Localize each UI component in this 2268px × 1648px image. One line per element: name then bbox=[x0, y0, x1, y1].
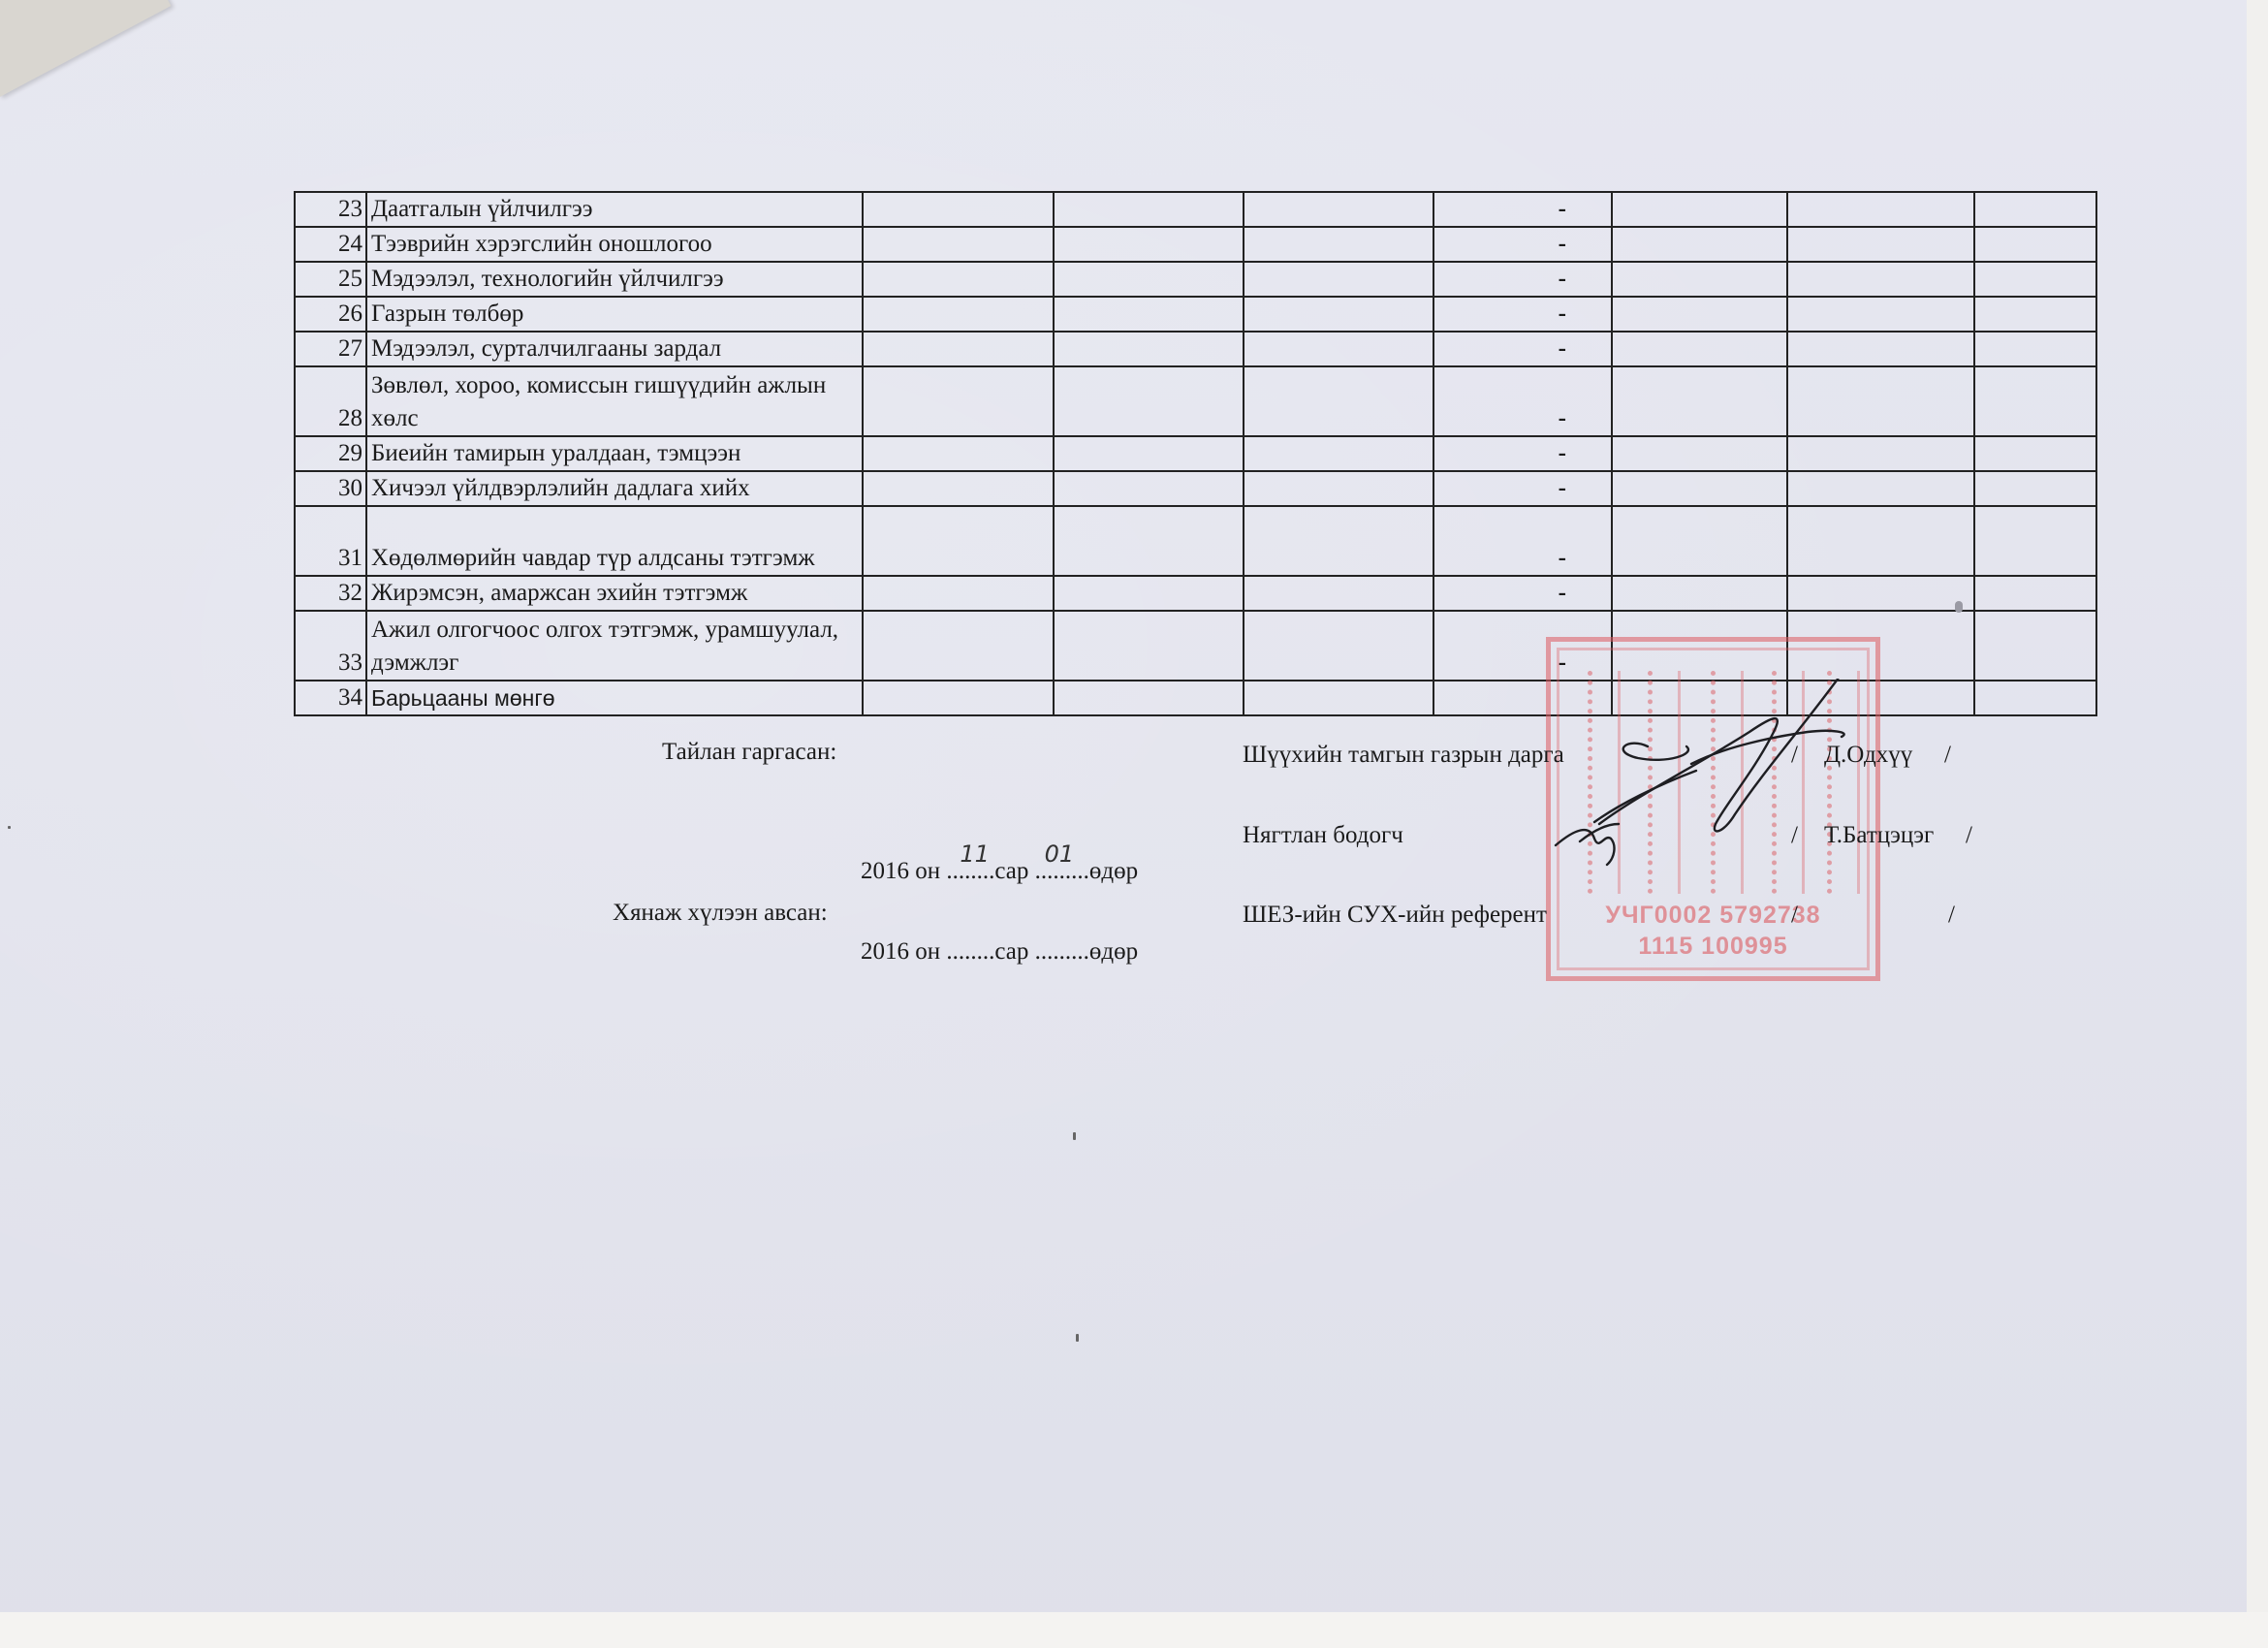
empty-cell bbox=[1244, 471, 1433, 506]
empty-cell bbox=[1054, 262, 1244, 297]
empty-cell bbox=[863, 192, 1054, 227]
empty-cell bbox=[1974, 471, 2096, 506]
row-value: - bbox=[1433, 227, 1612, 262]
empty-cell bbox=[1974, 506, 2096, 576]
empty-cell bbox=[1612, 366, 1787, 436]
empty-cell bbox=[1612, 506, 1787, 576]
scan-speck bbox=[1955, 601, 1963, 613]
empty-cell bbox=[1054, 506, 1244, 576]
scan-speck bbox=[1073, 1132, 1076, 1140]
empty-cell bbox=[1974, 332, 2096, 366]
empty-cell bbox=[1974, 366, 2096, 436]
empty-cell bbox=[1787, 576, 1974, 611]
signatory-slash-open-1: / bbox=[1791, 742, 1798, 769]
prepared-date: 2016 он ........ 11 сар ......... 01 өдө… bbox=[861, 858, 1138, 885]
empty-cell bbox=[863, 506, 1054, 576]
row-item-name: Зөвлөл, хороо, комиссын гишүүдийн ажлын … bbox=[366, 366, 863, 436]
stamp-script-column bbox=[1588, 671, 1621, 894]
row-value: - bbox=[1433, 297, 1612, 332]
stamp-script-column bbox=[1827, 671, 1860, 894]
signatory-slash-open-2: / bbox=[1791, 822, 1798, 849]
table-row: 26Газрын төлбөр- bbox=[295, 297, 2096, 332]
empty-cell bbox=[1974, 227, 2096, 262]
empty-cell bbox=[1787, 192, 1974, 227]
empty-cell bbox=[1244, 297, 1433, 332]
empty-cell bbox=[1974, 192, 2096, 227]
table-row: 31Хөдөлмөрийн чавдар түр алдсаны тэтгэмж… bbox=[295, 506, 2096, 576]
empty-cell bbox=[1054, 332, 1244, 366]
empty-cell bbox=[1612, 576, 1787, 611]
table-row: 29Биеийн тамирын уралдаан, тэмцээн- bbox=[295, 436, 2096, 471]
scan-margin-right bbox=[2247, 0, 2268, 1648]
received-by-label: Хянаж хүлээн авсан: bbox=[613, 900, 828, 927]
empty-cell bbox=[863, 262, 1054, 297]
prepared-date-day-label: өдөр bbox=[1089, 858, 1138, 884]
row-value: - bbox=[1433, 192, 1612, 227]
empty-cell bbox=[1244, 611, 1433, 681]
empty-cell bbox=[1054, 576, 1244, 611]
signatory-slash-close-3: / bbox=[1948, 902, 1955, 929]
empty-cell bbox=[1244, 576, 1433, 611]
empty-cell bbox=[1787, 227, 1974, 262]
row-item-name: Газрын төлбөр bbox=[366, 297, 863, 332]
table-row: 28Зөвлөл, хороо, комиссын гишүүдийн ажлы… bbox=[295, 366, 2096, 436]
signatory-name-2: Т.Батцэцэг bbox=[1824, 822, 1934, 849]
stamp-code-line2: 1115 100995 bbox=[1551, 933, 1875, 961]
row-number: 34 bbox=[295, 681, 366, 715]
empty-cell bbox=[863, 227, 1054, 262]
scan-speck bbox=[1076, 1334, 1079, 1342]
row-item-name: Хичээл үйлдвэрлэлийн дадлага хийх bbox=[366, 471, 863, 506]
row-value: - bbox=[1433, 262, 1612, 297]
empty-cell bbox=[863, 611, 1054, 681]
row-value: - bbox=[1433, 506, 1612, 576]
empty-cell bbox=[1244, 436, 1433, 471]
row-value: - bbox=[1433, 366, 1612, 436]
empty-cell bbox=[1612, 436, 1787, 471]
row-item-name: Тээврийн хэрэгслийн оношлогоо bbox=[366, 227, 863, 262]
stamp-script-column bbox=[1711, 671, 1744, 894]
row-number: 29 bbox=[295, 436, 366, 471]
empty-cell bbox=[1612, 471, 1787, 506]
empty-cell bbox=[1054, 681, 1244, 715]
empty-cell bbox=[1244, 227, 1433, 262]
received-date: 2016 он ........сар .........өдөр bbox=[861, 938, 1138, 966]
scan-speck bbox=[8, 826, 11, 829]
row-item-name: Ажил олгогчоос олгох тэтгэмж, урамшуулал… bbox=[366, 611, 863, 681]
row-number: 25 bbox=[295, 262, 366, 297]
empty-cell bbox=[1974, 576, 2096, 611]
official-stamp: УЧГ0002 5792738 1115 100995 bbox=[1546, 637, 1880, 981]
empty-cell bbox=[1054, 227, 1244, 262]
row-number: 27 bbox=[295, 332, 366, 366]
empty-cell bbox=[863, 471, 1054, 506]
stamp-script-column bbox=[1648, 671, 1681, 894]
empty-cell bbox=[1612, 227, 1787, 262]
signatory-title-2: Нягтлан бодогч bbox=[1243, 822, 1403, 849]
signatory-slash-close-1: / bbox=[1944, 742, 1951, 769]
empty-cell bbox=[1974, 262, 2096, 297]
empty-cell bbox=[1612, 332, 1787, 366]
empty-cell bbox=[1787, 436, 1974, 471]
row-item-name: Биеийн тамирын уралдаан, тэмцээн bbox=[366, 436, 863, 471]
stamp-code-line1: УЧГ0002 5792738 bbox=[1551, 902, 1875, 930]
empty-cell bbox=[1787, 366, 1974, 436]
empty-cell bbox=[1974, 611, 2096, 681]
table-row: 23Даатгалын үйлчилгээ- bbox=[295, 192, 2096, 227]
row-value: - bbox=[1433, 576, 1612, 611]
row-number: 23 bbox=[295, 192, 366, 227]
empty-cell bbox=[1612, 297, 1787, 332]
row-number: 28 bbox=[295, 366, 366, 436]
empty-cell bbox=[863, 576, 1054, 611]
row-number: 30 bbox=[295, 471, 366, 506]
empty-cell bbox=[1054, 471, 1244, 506]
empty-cell bbox=[1054, 297, 1244, 332]
signatory-name-1: Д.Одхүү bbox=[1824, 742, 1912, 769]
signatory-title-1: Шүүхийн тамгын газрын дарга bbox=[1243, 742, 1564, 769]
signatory-title-3: ШЕЗ-ийн СУХ-ийн референт bbox=[1243, 902, 1547, 929]
row-item-name: Жирэмсэн, амаржсан эхийн тэтгэмж bbox=[366, 576, 863, 611]
empty-cell bbox=[1244, 506, 1433, 576]
empty-cell bbox=[1612, 262, 1787, 297]
prepared-date-month-label: сар bbox=[994, 858, 1028, 884]
signatory-slash-open-3: / bbox=[1791, 902, 1798, 929]
row-item-name: Даатгалын үйлчилгээ bbox=[366, 192, 863, 227]
row-item-name: Мэдээлэл, сурталчилгааны зардал bbox=[366, 332, 863, 366]
empty-cell bbox=[1612, 192, 1787, 227]
prepared-date-month-handwritten: 11 bbox=[960, 840, 990, 868]
row-value: - bbox=[1433, 332, 1612, 366]
row-item-name: Мэдээлэл, технологийн үйлчилгээ bbox=[366, 262, 863, 297]
empty-cell bbox=[863, 436, 1054, 471]
row-item-name: Хөдөлмөрийн чавдар түр алдсаны тэтгэмж bbox=[366, 506, 863, 576]
empty-cell bbox=[1054, 436, 1244, 471]
table-row: 25Мэдээлэл, технологийн үйлчилгээ- bbox=[295, 262, 2096, 297]
empty-cell bbox=[1787, 471, 1974, 506]
stamp-script-column bbox=[1772, 671, 1805, 894]
empty-cell bbox=[863, 297, 1054, 332]
table-row: 32Жирэмсэн, амаржсан эхийн тэтгэмж- bbox=[295, 576, 2096, 611]
table-row: 30Хичээл үйлдвэрлэлийн дадлага хийх- bbox=[295, 471, 2096, 506]
empty-cell bbox=[1054, 611, 1244, 681]
row-item-name: Барьцааны мөнгө bbox=[366, 681, 863, 715]
empty-cell bbox=[863, 332, 1054, 366]
row-number: 24 bbox=[295, 227, 366, 262]
empty-cell bbox=[1054, 366, 1244, 436]
table-row: 27Мэдээлэл, сурталчилгааны зардал- bbox=[295, 332, 2096, 366]
prepared-date-day-handwritten: 01 bbox=[1045, 840, 1075, 868]
empty-cell bbox=[1787, 262, 1974, 297]
signatory-slash-close-2: / bbox=[1966, 822, 1972, 849]
empty-cell bbox=[1974, 681, 2096, 715]
row-number: 33 bbox=[295, 611, 366, 681]
empty-cell bbox=[1244, 192, 1433, 227]
empty-cell bbox=[1787, 332, 1974, 366]
row-number: 32 bbox=[295, 576, 366, 611]
row-number: 26 bbox=[295, 297, 366, 332]
empty-cell bbox=[1974, 436, 2096, 471]
folded-corner bbox=[0, 0, 171, 97]
empty-cell bbox=[1244, 262, 1433, 297]
row-value: - bbox=[1433, 436, 1612, 471]
prepared-by-label: Тайлан гаргасан: bbox=[662, 739, 836, 766]
empty-cell bbox=[863, 681, 1054, 715]
table-row: 24Тээврийн хэрэгслийн оношлогоо- bbox=[295, 227, 2096, 262]
empty-cell bbox=[1244, 366, 1433, 436]
scan-margin-bottom bbox=[0, 1612, 2268, 1648]
empty-cell bbox=[863, 366, 1054, 436]
empty-cell bbox=[1787, 506, 1974, 576]
empty-cell bbox=[1787, 297, 1974, 332]
prepared-date-year: 2016 он bbox=[861, 858, 940, 884]
empty-cell bbox=[1054, 192, 1244, 227]
empty-cell bbox=[1974, 297, 2096, 332]
row-value: - bbox=[1433, 471, 1612, 506]
row-number: 31 bbox=[295, 506, 366, 576]
empty-cell bbox=[1244, 681, 1433, 715]
empty-cell bbox=[1244, 332, 1433, 366]
